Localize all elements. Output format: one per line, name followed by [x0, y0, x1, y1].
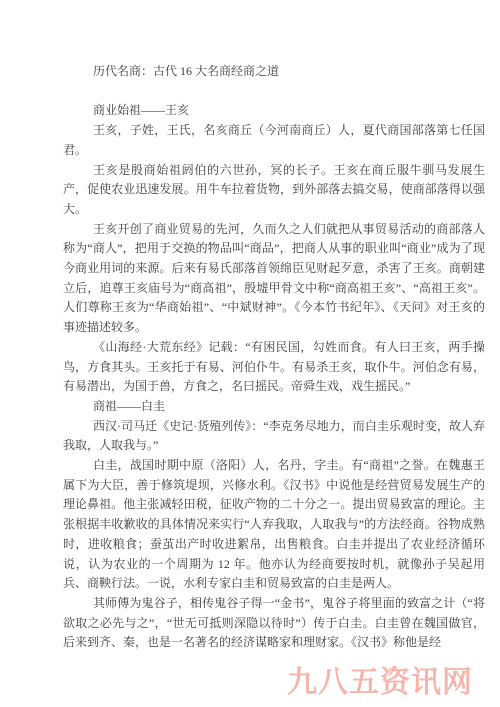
- paragraph: 白圭，战国时期中原（洛阳）人，名丹，字圭。有“商祖”之誉。在魏惠王属下为大臣，善…: [63, 456, 485, 594]
- watermark: 九八五资讯网: [287, 657, 473, 701]
- article-body: 历代名商：古代 16 大名商经商之道 商业始祖——王亥 王亥，子姓，王氏，名亥商…: [63, 0, 485, 653]
- paragraph: 其师傅为鬼谷子，相传鬼谷子得一“金书”，鬼谷子将里面的致富之计（“将欲取之必先与…: [63, 594, 485, 653]
- section-heading-baigui: 商祖——白圭: [63, 397, 485, 417]
- paragraph: 王亥，子姓，王氏，名亥商丘（今河南商丘）人，夏代商国部落第七任国君。: [63, 121, 485, 160]
- document-page: 历代名商：古代 16 大名商经商之道 商业始祖——王亥 王亥，子姓，王氏，名亥商…: [0, 0, 500, 707]
- paragraph: 《山海经·大荒东经》记载：“有困民国，勾姓而食。有人曰王亥，两手操鸟，方食其头。…: [63, 338, 485, 397]
- paragraph: 西汉·司马迁《史记·货殖列传》：“李克务尽地力，而白圭乐观时变，故人弃我取，人取…: [63, 417, 485, 456]
- blank-line: [63, 82, 485, 102]
- paragraph: 王亥是殷商始祖阏伯的六世孙，冥的长子。王亥在商丘服牛驯马发展生产，促使农业迅速发…: [63, 161, 485, 220]
- document-title: 历代名商：古代 16 大名商经商之道: [63, 62, 485, 82]
- section-heading-wanghai: 商业始祖——王亥: [63, 101, 485, 121]
- paragraph: 王亥开创了商业贸易的先河，久而久之人们就把从事贸易活动的商部落人称为“商人”，把…: [63, 220, 485, 338]
